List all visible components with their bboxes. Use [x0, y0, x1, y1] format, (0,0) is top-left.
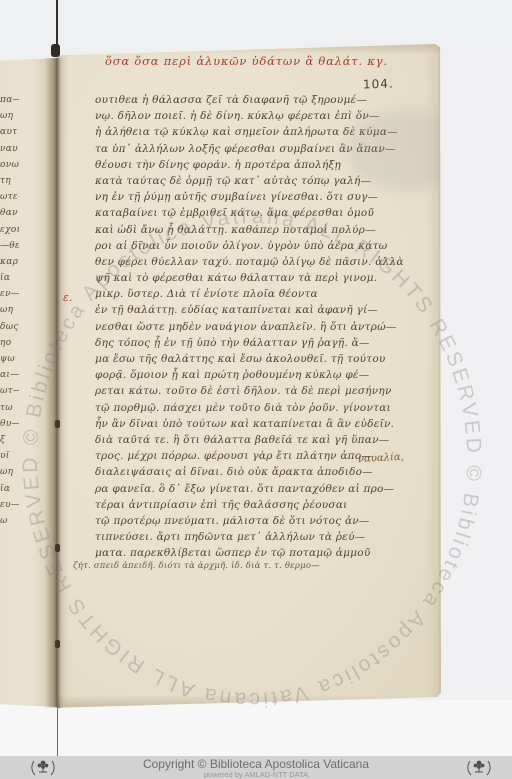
vatican-emblem-icon	[466, 757, 492, 778]
manuscript-text-line: διὰ ταῦτά τε. ἢ ὅτι θάλαττα βαθεῖά τε κα…	[95, 432, 407, 448]
facing-page-fragment: ονω	[0, 157, 19, 173]
facing-page-fragment: θαν	[0, 205, 19, 221]
vatican-emblem-icon	[30, 757, 56, 778]
section-marker-epsilon: ε.	[63, 291, 72, 304]
manuscript-text-line: τῷ προτέρῳ πνεύματι. μάλιστα δὲ ὅτι νότο…	[95, 513, 407, 529]
sewing-knot	[55, 640, 60, 648]
sewing-knot	[55, 420, 60, 428]
facing-page-fragment: ωη	[0, 302, 19, 318]
facing-page-fragment: ω	[0, 513, 19, 529]
gutter-crease	[44, 58, 63, 708]
manuscript-text-line: ἦν ἂν δῖναι ὑπὸ τούτων καὶ καταπίνεται ἃ…	[95, 416, 407, 432]
facing-page-fragment: ωτ—	[0, 383, 19, 399]
facing-page-fragment: —θε—	[0, 238, 19, 254]
manuscript-text-line: καὶ ὡδὶ ἄνω ᾗ θαλάττῃ. καθάπερ ποταμοὶ π…	[95, 222, 407, 238]
facing-page-fragment: ωη	[0, 108, 19, 124]
facing-page-fragment: ωτε—	[0, 189, 19, 205]
powered-by-text: powered by AMLAD·NTT DATA	[0, 771, 512, 779]
manuscript-text-line: ρεται κάτω. τοῦτο δὲ ἐστὶ δῆλον. τὰ δὲ π…	[95, 383, 407, 399]
manuscript-text-line: τιπνεύσει. ἄρτι πηδῶντα μετ᾽ ἀλλήλων τὰ …	[95, 529, 407, 545]
manuscript-text-line: τέραι ἀντιπρίασιν ἐπὶ τῆς θαλάσσης ῥέουσ…	[95, 497, 407, 513]
facing-page-fragment: πα—	[0, 92, 19, 108]
binding-thread-top	[56, 0, 58, 47]
facing-page-fragment: ϊα	[0, 481, 19, 497]
manuscript-text-line: καταβαίνει τῷ ἐμβριθεῖ κάτω. ἅμα φέρεσθα…	[95, 205, 407, 221]
rubric-heading: ὅσα ὅσα περὶ ἁλυκῶν ὑδάτων ἃ θαλάτ. κγ.	[105, 54, 385, 68]
manuscript-text-line: ἐν τῇ θαλάττῃ. εὐδίας καταπίνεται καὶ ἀφ…	[95, 302, 407, 318]
background-bottom	[0, 700, 512, 756]
facing-page-fragment: ϊα	[0, 270, 19, 286]
manuscript-text-line: ρα φανεῖα. ὃ δ᾽ ἔξω γίνεται. ὅτι πανταχό…	[95, 481, 407, 497]
manuscript-text-line: ματα. παρεκθλίβεται ὥσπερ ἐν τῷ ποταμῷ ἀ…	[95, 545, 407, 561]
folio-number: 104.	[363, 76, 394, 91]
sewing-knot	[55, 544, 60, 552]
facing-page-fragment: δως	[0, 319, 19, 335]
footer-bar: Copyright © Biblioteca Apostolica Vatica…	[0, 756, 512, 779]
manuscript-text-line: νεσθαι ὥστε μηδὲν ναυάγιον ἀναπλεῖν. ἢ ὅ…	[95, 319, 407, 335]
manuscript-text-line: μικρ. ὕστερ. Διὰ τί ἐνίοτε πλοῖα θέοντα	[95, 286, 407, 302]
facing-page-fragment: υϊ	[0, 448, 19, 464]
facing-page-fragment: εχοι	[0, 222, 19, 238]
facing-page-fragment: ναυ	[0, 141, 19, 157]
facing-page-fragment: αυτ	[0, 124, 19, 140]
copyright-text: Copyright © Biblioteca Apostolica Vatica…	[0, 756, 512, 771]
facing-page-fragment: ηο	[0, 335, 19, 351]
manuscript-text-line: τῷ πορθμῷ. πάσχει μὲν τοῦτο διὰ τὸν ῥοῦν…	[95, 400, 407, 416]
stain-smudge	[345, 110, 465, 190]
manuscript-page: ὅσα ὅσα περὶ ἁλυκῶν ὑδάτων ἃ θαλάτ. κγ. …	[57, 44, 442, 709]
scholium-line: ζήτ. σπειδ ἀπειδῆ. διότι τὰ ἀρχμῆ. ἰδ. δ…	[73, 561, 393, 571]
facing-page-fragment: ψω	[0, 351, 19, 367]
manuscript-scan: πα—ωηαυτναυονωτηωτε—θανεχοι—θε—καρϊαεν—ω…	[0, 0, 512, 779]
manuscript-text-line: νη ἐν τῇ ῥύμῃ αὐτῆς συμβαίνει γίνεσθαι. …	[95, 189, 407, 205]
facing-page-fragment: θυ—	[0, 416, 19, 432]
facing-page-fragment: αι—	[0, 367, 19, 383]
manuscript-text-line: φορᾷ. ὅμοιον ᾗ καὶ πρώτη ῥοθουμένη κύκλῳ…	[95, 367, 407, 383]
manuscript-text-line: μα ἔσω τῆς θαλάττης καὶ ἔσω ἀκολουθεῖ. τ…	[95, 351, 407, 367]
facing-page-fragment: ξ	[0, 432, 19, 448]
manuscript-text-line: ψῆ καὶ τὸ φέρεσθαι κάτω θάλατταν τὰ περὶ…	[95, 270, 407, 286]
manuscript-text-line: θεν φέρει θύελλαν ταχύ. ποταμῷ ὀλίγῳ δὲ …	[95, 254, 407, 270]
facing-page-fragment: καρ	[0, 254, 19, 270]
facing-page-fragments: πα—ωηαυτναυονωτηωτε—θανεχοι—θε—καρϊαεν—ω…	[0, 92, 19, 529]
manuscript-text-line: δης τόπος ᾖ ἐν τῇ ὑπὸ τὴν θάλατταν γῇ ῥα…	[95, 335, 407, 351]
binding-thread-bottom	[57, 703, 58, 756]
sewing-knot-head	[51, 44, 60, 57]
facing-page-fragment: ωη	[0, 464, 19, 480]
facing-page-fragment: τη	[0, 173, 19, 189]
manuscript-text-line: διαλειψάσαις αἱ δῖναι. διὸ οὐκ ἄρακτα ἀπ…	[95, 464, 407, 480]
manuscript-text-line: ουτιθεα ἡ θάλασσα ζεῖ τὰ διαφανῆ τῷ ξηρο…	[95, 92, 407, 108]
facing-page-fragment: εν—	[0, 286, 19, 302]
manuscript-text-line: ροι αἱ δῖναι ὗν ποιοῦν ὀλίγον. ὑγρὸν ὑπὸ…	[95, 238, 407, 254]
facing-page-fragment: τω	[0, 400, 19, 416]
facing-page-fragment: ευ—	[0, 497, 19, 513]
